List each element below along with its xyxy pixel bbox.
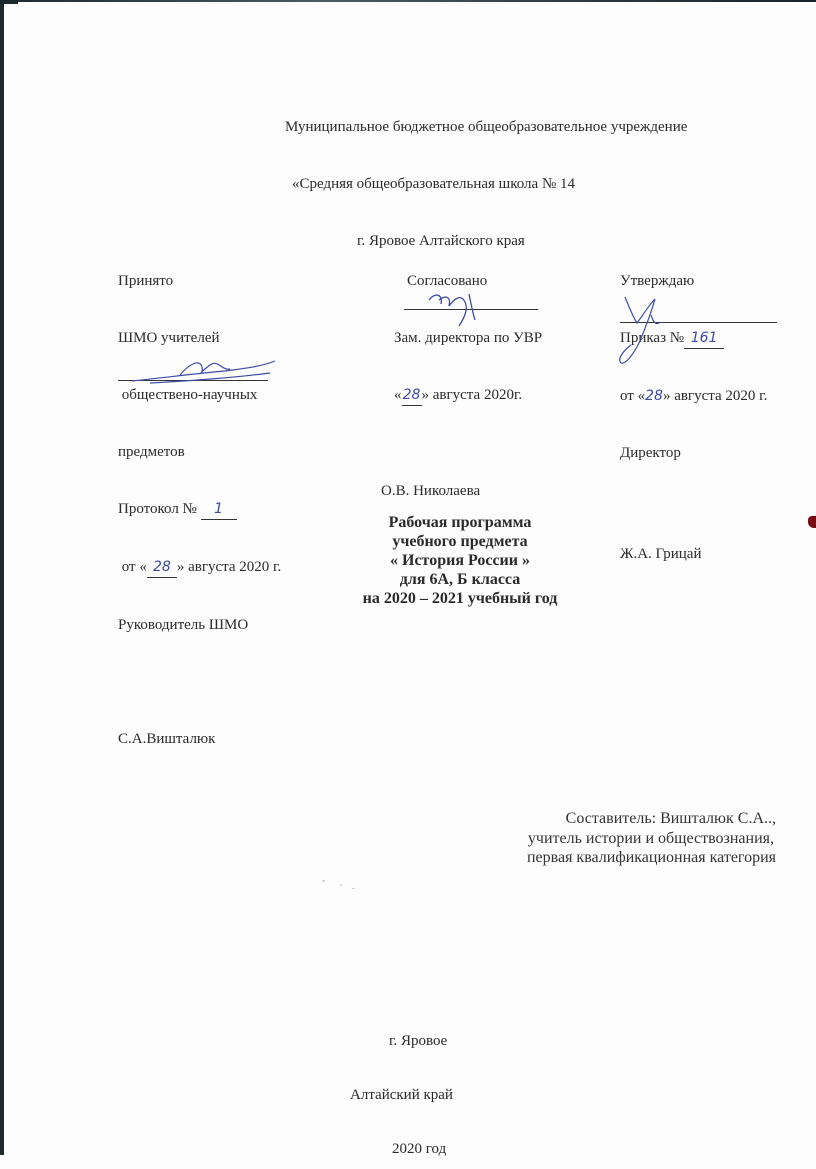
signature-agreed [425,290,485,330]
accepted-title: Принято [118,272,281,291]
protocol-label: Протокол № [118,501,201,517]
date-day: 28 [147,558,177,578]
agreed-role: Зам. директора по УВР [381,329,542,348]
title-subject: « История России » [320,551,600,570]
scan-speck [352,888,355,889]
date-suffix: » августа 2020 г. [177,559,281,575]
school-name: Муниципальное бюджетное общеобразователь… [285,118,687,137]
date-day: 28 [402,386,422,406]
date-suffix: » августа 2020 г. [663,388,767,404]
approved-block: Утверждаю Приказ №161 от «28» августа 20… [620,234,767,583]
date-suffix: » августа 2020г. [422,387,523,403]
accepted-name: С.А.Вишталюк [118,730,281,749]
date-prefix: от « [620,388,645,404]
date-prefix: « [394,387,402,403]
accepted-date: от «28» августа 2020 г. [118,558,281,578]
date-prefix: от « [118,559,147,575]
agreed-name: О.В. Николаева [381,482,542,501]
scan-edge-left [0,0,4,1155]
signature-approved [615,295,675,370]
approved-name: Ж.А. Грицай [620,545,767,564]
title-class: для 6А, Б класса [320,570,600,589]
footer-city: г. Яровое [350,1032,453,1050]
scan-speck [340,884,342,886]
compiler-position: учитель истории и обществознания, [527,829,776,849]
approved-date: от «28» августа 2020 г. [620,387,767,406]
accepted-block: Принято ШМО учителей общественo-научных … [118,234,281,768]
signature-space [118,673,281,692]
signature-accepted [130,355,280,390]
footer-block: г. Яровое Алтайский край 2020 год [350,996,453,1169]
footer-year: 2020 год [350,1140,453,1158]
title-line1: Рабочая программа [320,513,600,532]
scan-speck [322,880,325,882]
scan-edge-corner [0,0,18,4]
scan-edge-top [0,0,816,2]
footer-region: Алтайский край [350,1086,453,1104]
signature-space [620,501,767,507]
protocol-number: 1 [201,500,237,520]
agreed-block: Согласовано Зам. директора по УВР «28» а… [381,234,542,520]
title-year: на 2020 – 2021 учебный год [320,589,600,608]
date-day: 28 [645,388,663,404]
agreed-title: Согласовано [381,272,542,291]
accepted-role: Руководитель ШМО [118,616,281,635]
title-line2: учебного предмета [320,532,600,551]
accepted-line3: предметов [118,443,281,462]
protocol-line: Протокол № 1 [118,500,281,520]
compiler-block: Составитель: Вишталюк С.А.., учитель ист… [527,809,776,868]
approved-role: Директор [620,444,767,463]
compiler-name: Составитель: Вишталюк С.А.., [527,809,776,829]
school-full-name: «Средняя общеобразовательная школа № 14 [285,175,687,194]
agreed-date: «28» августа 2020г. [381,386,542,406]
document-title: Рабочая программа учебного предмета « Ис… [320,513,600,608]
compiler-category: первая квалификационная категория [527,848,776,868]
accepted-line1: ШМО учителей [118,329,281,348]
approved-title: Утверждаю [620,272,767,291]
order-number: 161 [684,329,724,349]
red-stamp-mark [808,516,816,528]
